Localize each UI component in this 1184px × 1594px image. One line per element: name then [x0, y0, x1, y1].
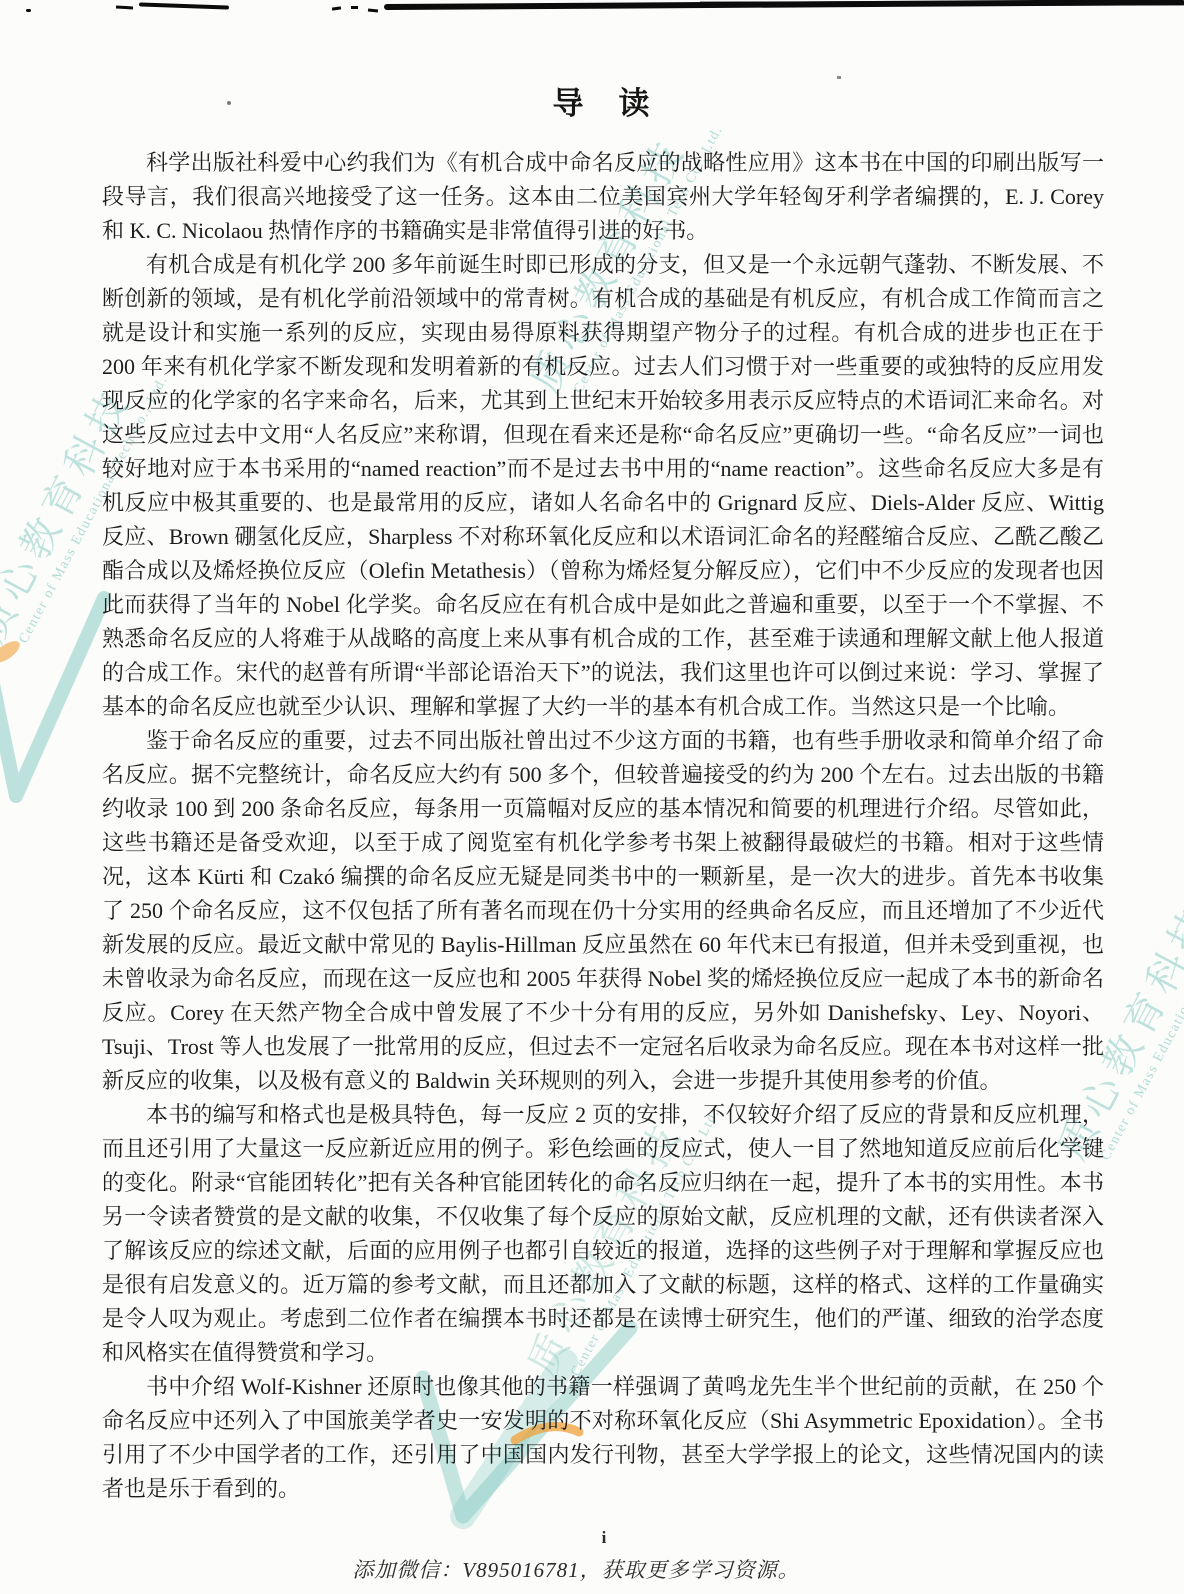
- scan-artifact-line: [700, 0, 1184, 6]
- scan-artifact-speck: [351, 6, 358, 9]
- footer-note: 添加微信：V895016781，获取更多学习资源。: [0, 1554, 1168, 1584]
- paragraph-4: 本书的编写和格式也是极具特色，每一反应 2 页的安排，不仅较好介绍了反应的背景和…: [102, 1098, 1104, 1370]
- paragraph-5: 书中介绍 Wolf-Kishner 还原时也像其他的书籍一样强调了黄鸣龙先生半个…: [102, 1370, 1104, 1506]
- scan-artifact-dot: [26, 9, 31, 12]
- paragraph-2: 有机合成是有机化学 200 多年前诞生时即已形成的分支，但又是一个永远朝气蓬勃、…: [102, 248, 1104, 724]
- page-number: i: [12, 1528, 1184, 1548]
- scan-artifact-dash: [116, 6, 133, 10]
- watermark-subtext: Center of Mass Educational Tech Co., Ltd…: [1092, 890, 1184, 1176]
- scan-artifact-speck: [332, 6, 341, 10]
- scan-artifact-speck: [368, 8, 378, 12]
- paragraph-1: 科学出版社科爱中心约我们为《有机合成中命名反应的战略性应用》这本书在中国的印刷出…: [102, 146, 1104, 248]
- scan-artifact-dash: [139, 2, 229, 9]
- paragraph-3: 鉴于命名反应的重要，过去不同出版社曾出过不少这方面的书籍，也有些手册收录和简单介…: [102, 724, 1104, 1098]
- document-body: 科学出版社科爱中心约我们为《有机合成中命名反应的战略性应用》这本书在中国的印刷出…: [102, 146, 1104, 1506]
- page-title: 导 读: [0, 78, 1184, 123]
- scanned-document-page: 质心教育科技 Center of Mass Educational Tech C…: [0, 0, 1184, 1594]
- watermark: 质心教育科技 Center of Mass Educational Tech C…: [1152, 1022, 1184, 1085]
